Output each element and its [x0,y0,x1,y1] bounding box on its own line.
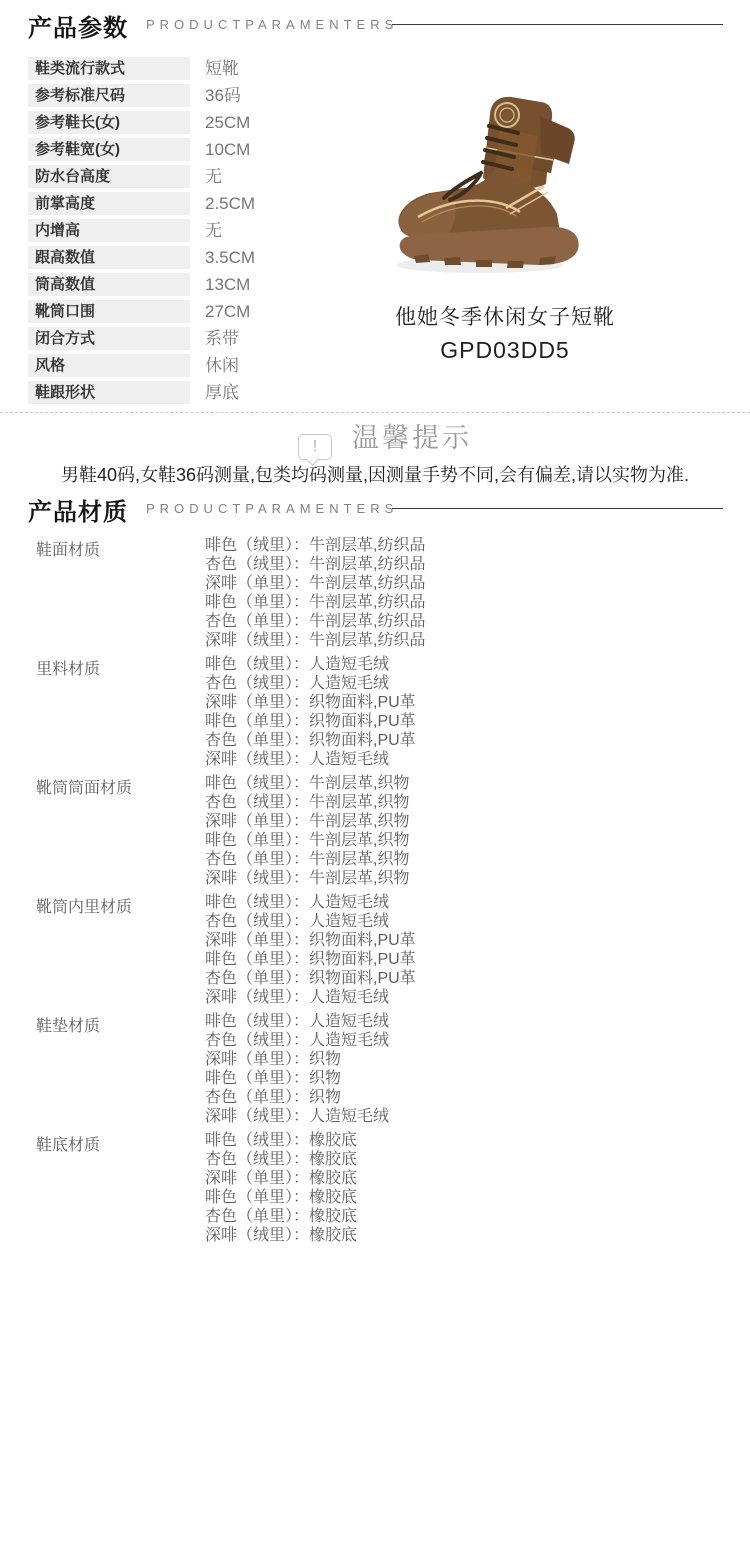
material-line: 啡色（单里）：织物面料,PU革 [205,950,416,969]
param-label: 闭合方式 [28,327,190,350]
section-title-materials: 产品材质 [28,492,128,527]
material-line: 杏色（绒里）：人造短毛绒 [205,1031,389,1050]
section-subtitle-materials: PRODUCTPARAMENTERS [146,501,398,516]
param-value: 25CM [205,111,250,134]
param-value: 厚底 [205,381,239,404]
param-row: 内增高无 [28,219,448,242]
param-label: 鞋跟形状 [28,381,190,404]
material-line: 深啡（单里）：织物面料,PU革 [205,693,416,712]
param-label: 前掌高度 [28,192,190,215]
material-line: 杏色（绒里）：人造短毛绒 [205,674,416,693]
param-value: 13CM [205,273,250,296]
material-line: 深啡（单里）：牛剖层革,织物 [205,812,409,831]
param-row: 前掌高度2.5CM [28,192,448,215]
material-label: 鞋底材质 [36,1132,100,1155]
material-line: 啡色（单里）：织物面料,PU革 [205,712,416,731]
material-line: 杏色（单里）：织物面料,PU革 [205,731,416,750]
param-value: 2.5CM [205,192,255,215]
material-label: 里料材质 [36,656,100,679]
material-lines: 啡色（绒里）：人造短毛绒 杏色（绒里）：人造短毛绒 深啡（单里）：织物面料,PU… [205,655,416,769]
material-line: 啡色（绒里）：人造短毛绒 [205,1012,389,1031]
material-line: 杏色（绒里）：橡胶底 [205,1150,357,1169]
material-lines: 啡色（绒里）：牛剖层革,织物 杏色（绒里）：牛剖层革,织物 深啡（单里）：牛剖层… [205,774,409,888]
param-row: 防水台高度无 [28,165,448,188]
param-value: 27CM [205,300,250,323]
material-label: 鞋面材质 [36,537,100,560]
param-value: 短靴 [205,57,239,80]
material-line: 啡色（单里）：橡胶底 [205,1188,357,1207]
param-label: 靴筒口围 [28,300,190,323]
material-line: 啡色（单里）：织物 [205,1069,389,1088]
material-line: 啡色（单里）：牛剖层革,织物 [205,831,409,850]
material-lines: 啡色（绒里）：人造短毛绒 杏色（绒里）：人造短毛绒 深啡（单里）：织物面料,PU… [205,893,416,1007]
param-value: 3.5CM [205,246,255,269]
material-line: 杏色（单里）：橡胶底 [205,1207,357,1226]
material-line: 杏色（绒里）：人造短毛绒 [205,912,416,931]
param-label: 参考鞋宽(女) [28,138,190,161]
param-label: 防水台高度 [28,165,190,188]
notice-text: 男鞋40码,女鞋36码测量,包类均码测量,因测量手势不同,会有偏差,请以实物为准… [0,461,750,487]
material-line: 啡色（绒里）：人造短毛绒 [205,655,416,674]
param-label: 筒高数值 [28,273,190,296]
material-lines: 啡色（绒里）：人造短毛绒 杏色（绒里）：人造短毛绒 深啡（单里）：织物 啡色（单… [205,1012,389,1126]
param-row: 鞋类流行款式短靴 [28,57,448,80]
material-line: 杏色（绒里）：牛剖层革,织物 [205,793,409,812]
material-label: 靴筒内里材质 [36,894,132,917]
material-line: 深啡（绒里）：人造短毛绒 [205,750,416,769]
material-line: 深啡（绒里）：牛剖层革,纺织品 [205,631,425,650]
param-value: 36码 [205,84,241,107]
header-rule [392,24,723,25]
param-row: 参考鞋宽(女)10CM [28,138,448,161]
param-row: 参考鞋长(女)25CM [28,111,448,134]
param-row: 跟高数值3.5CM [28,246,448,269]
material-label: 鞋垫材质 [36,1013,100,1036]
material-line: 杏色（单里）：牛剖层革,纺织品 [205,612,425,631]
material-line: 深啡（单里）：牛剖层革,纺织品 [205,574,425,593]
material-line: 深啡（绒里）：人造短毛绒 [205,988,416,1007]
boot-illustration [388,88,598,278]
notice-title: 温馨提示 [352,416,472,455]
material-line: 啡色（绒里）：橡胶底 [205,1131,357,1150]
material-line: 杏色（绒里）：牛剖层革,纺织品 [205,555,425,574]
material-line: 杏色（单里）：织物面料,PU革 [205,969,416,988]
material-line: 深啡（绒里）：牛剖层革,织物 [205,869,409,888]
param-value: 无 [205,165,222,188]
material-line: 深啡（单里）：橡胶底 [205,1169,357,1188]
param-label: 风格 [28,354,190,377]
material-line: 杏色（单里）：织物 [205,1088,389,1107]
dashed-divider [0,412,750,413]
product-model: GPD03DD5 [350,337,660,364]
material-label: 靴筒筒面材质 [36,775,132,798]
material-line: 啡色（绒里）：牛剖层革,纺织品 [205,536,425,555]
param-row: 鞋跟形状厚底 [28,381,448,404]
param-label: 鞋类流行款式 [28,57,190,80]
material-lines: 啡色（绒里）：牛剖层革,纺织品 杏色（绒里）：牛剖层革,纺织品 深啡（单里）：牛… [205,536,425,650]
material-line: 啡色（单里）：牛剖层革,纺织品 [205,593,425,612]
product-caption: 他她冬季休闲女子短靴 [350,301,660,331]
material-line: 深啡（绒里）：橡胶底 [205,1226,357,1245]
product-detail-page: 产品参数 PRODUCTPARAMENTERS 鞋类流行款式短靴 参考标准尺码3… [0,0,750,1546]
param-value: 休闲 [205,354,239,377]
param-value: 10CM [205,138,250,161]
param-row: 参考标准尺码36码 [28,84,448,107]
product-image-boot [388,88,598,278]
param-label: 参考标准尺码 [28,84,190,107]
param-label: 跟高数值 [28,246,190,269]
header-rule [392,508,723,509]
material-line: 深啡（单里）：织物 [205,1050,389,1069]
param-label: 内增高 [28,219,190,242]
section-subtitle-params: PRODUCTPARAMENTERS [146,17,398,32]
material-line: 啡色（绒里）：人造短毛绒 [205,893,416,912]
material-line: 深啡（绒里）：人造短毛绒 [205,1107,389,1126]
material-line: 啡色（绒里）：牛剖层革,织物 [205,774,409,793]
material-lines: 啡色（绒里）：橡胶底 杏色（绒里）：橡胶底 深啡（单里）：橡胶底 啡色（单里）：… [205,1131,357,1245]
param-row: 筒高数值13CM [28,273,448,296]
exclamation-bubble-icon: ! [298,434,332,460]
section-title-params: 产品参数 [28,8,128,43]
param-value: 无 [205,219,222,242]
param-label: 参考鞋长(女) [28,111,190,134]
material-line: 杏色（单里）：牛剖层革,织物 [205,850,409,869]
param-value: 系带 [205,327,239,350]
material-line: 深啡（单里）：织物面料,PU革 [205,931,416,950]
